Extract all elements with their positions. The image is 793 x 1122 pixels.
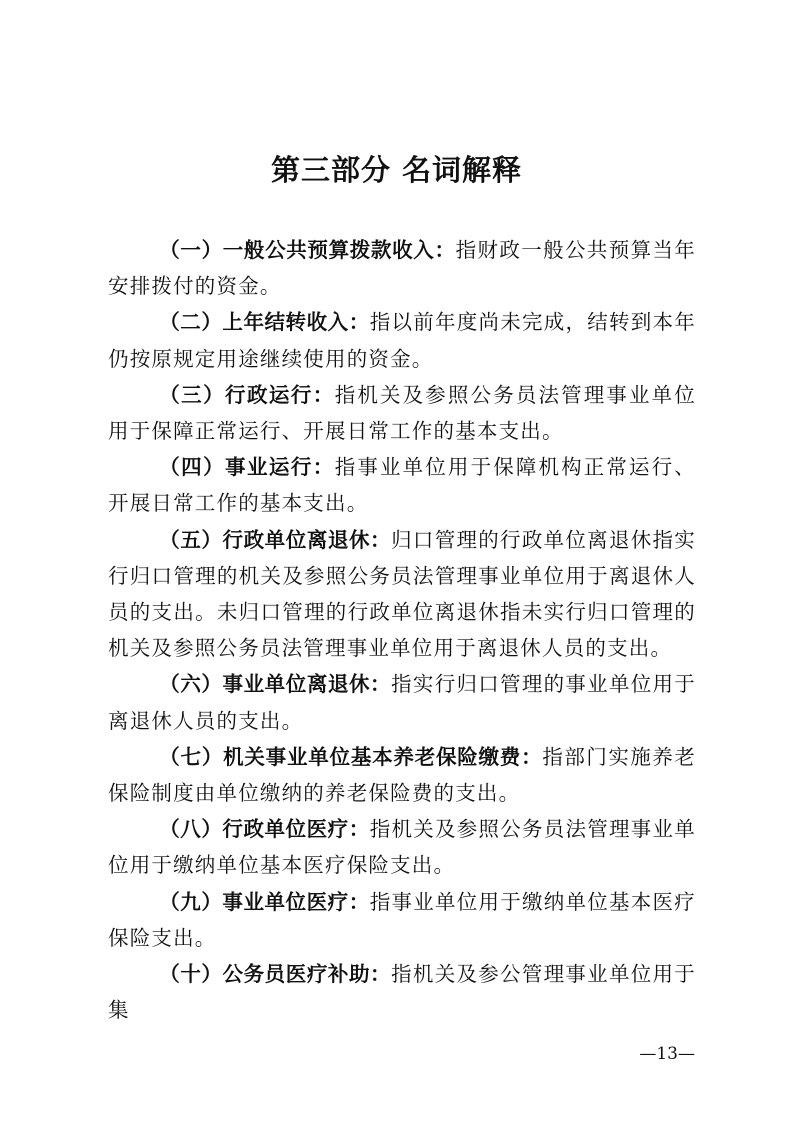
glossary-entry: （七）机关事业单位基本养老保险缴费：指部门实施养老保险制度由单位缴纳的养老保险费… [108,739,696,811]
entry-term: （九）事业单位医疗： [159,890,370,914]
glossary-body: （一）一般公共预算拨款收入：指财政一般公共预算当年安排拨付的资金。 （二）上年结… [108,232,696,1028]
entry-term: （二）上年结转收入： [159,310,370,334]
glossary-entry: （六）事业单位离退休：指实行归口管理的事业单位用于离退休人员的支出。 [108,666,696,738]
entry-term: （一）一般公共预算拨款收入： [159,238,455,262]
entry-term: （八）行政单位医疗： [159,817,370,841]
entry-term: （十）公务员医疗补助： [159,962,391,986]
glossary-entry: （四）事业运行：指事业单位用于保障机构正常运行、开展日常工作的基本支出。 [108,449,696,521]
page-number: —13— [639,1044,695,1064]
entry-term: （四）事业运行： [159,455,335,479]
glossary-entry: （一）一般公共预算拨款收入：指财政一般公共预算当年安排拨付的资金。 [108,232,696,304]
entry-term: （五）行政单位离退休： [159,528,391,552]
glossary-entry: （九）事业单位医疗：指事业单位用于缴纳单位基本医疗保险支出。 [108,884,696,956]
entry-term: （六）事业单位离退休： [159,672,391,696]
glossary-entry: （十）公务员医疗补助：指机关及参公管理事业单位用于集 [108,956,696,1028]
glossary-entry: （八）行政单位医疗：指机关及参照公务员法管理事业单位用于缴纳单位基本医疗保险支出… [108,811,696,883]
entry-term: （三）行政运行： [159,383,335,407]
glossary-entry: （五）行政单位离退休：归口管理的行政单位离退休指实行归口管理的机关及参照公务员法… [108,522,696,667]
glossary-entry: （三）行政运行：指机关及参照公务员法管理事业单位用于保障正常运行、开展日常工作的… [108,377,696,449]
document-page: 第三部分 名词解释 （一）一般公共预算拨款收入：指财政一般公共预算当年安排拨付的… [0,0,793,1122]
entry-term: （七）机关事业单位基本养老保险缴费： [159,745,542,769]
page-title: 第三部分 名词解释 [0,148,793,189]
glossary-entry: （二）上年结转收入：指以前年度尚未完成，结转到本年仍按原规定用途继续使用的资金。 [108,304,696,376]
